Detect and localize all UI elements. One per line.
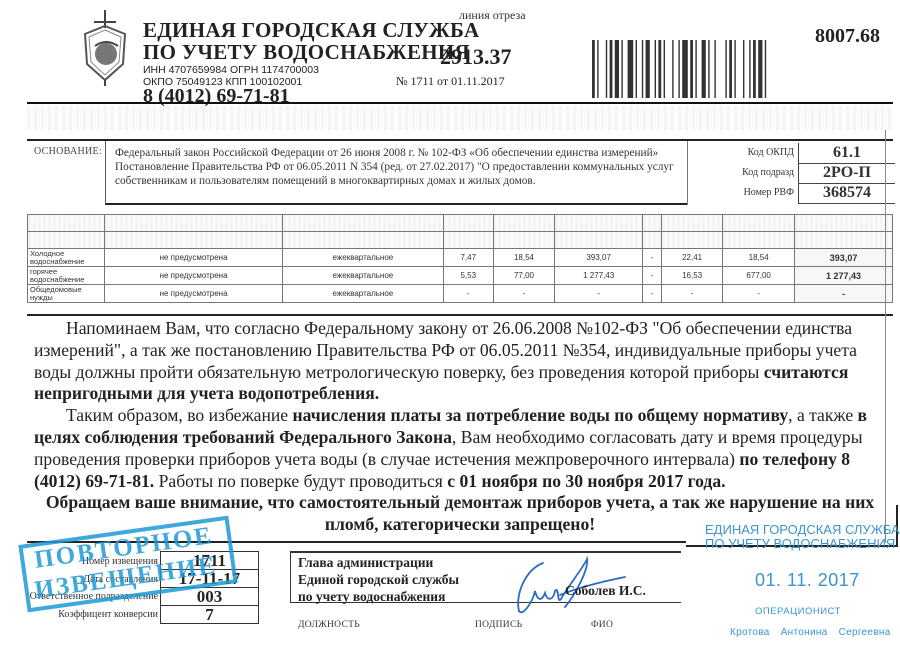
table-cell: 393,07 xyxy=(555,249,643,267)
table-cell: - xyxy=(443,285,493,303)
table-cell: ежеквартальное xyxy=(283,267,444,285)
table-cell: 7,47 xyxy=(443,249,493,267)
organization-phone: 8 (4012) 69-71-81 xyxy=(143,85,290,108)
inn-ogrn: ИНН 4707659984 ОГРН 1174700003 xyxy=(143,64,319,76)
operator-stamp-org-line2: ПО УЧЕТУ ВОДОСНАБЖЕНИЯ xyxy=(705,536,895,551)
reminder-message: Напоминаем Вам, что согласно Федеральном… xyxy=(34,318,886,536)
charges-table: Холодное водоснабжение не предусмотрена … xyxy=(27,214,893,303)
table-cell: 677,00 xyxy=(723,267,795,285)
table-cell: не предусмотрена xyxy=(105,267,283,285)
table-cell: - xyxy=(555,285,643,303)
table-cell: ежеквартальное xyxy=(283,249,444,267)
code-value: 61.1 xyxy=(798,143,895,164)
service-name: горячее водоснабжение xyxy=(28,267,105,285)
organization-name-line2: ПО УЧЕТУ ВОДОСНАБЖЕНИЯ xyxy=(143,41,470,63)
code-value: 2РО-П xyxy=(798,163,895,184)
table-cell: 5,53 xyxy=(443,267,493,285)
table-cell: не предусмотрена xyxy=(105,285,283,303)
table-cell: - xyxy=(643,285,662,303)
caption-name: ФИО xyxy=(591,620,613,630)
basis-label: ОСНОВАНИЕ: xyxy=(34,146,102,157)
code-value: 368574 xyxy=(798,183,895,204)
table-cell: 18,54 xyxy=(723,249,795,267)
code-label: Код ОКПД xyxy=(748,147,794,158)
row-total: 1 277,43 xyxy=(795,267,893,285)
code-row-okpd: Код ОКПД 61.1 xyxy=(688,143,894,163)
row-total: - xyxy=(795,285,893,303)
table-cell: - xyxy=(643,249,662,267)
table-cell: - xyxy=(493,285,554,303)
amount-due: 2913.37 xyxy=(440,44,512,70)
signer-name: Соболев И.С. xyxy=(565,583,646,599)
table-cell: ежеквартальное xyxy=(283,285,444,303)
notice-number: № 1711 от 01.11.2017 xyxy=(396,74,505,89)
table-row: горячее водоснабжение не предусмотрена е… xyxy=(28,267,893,285)
service-name: Холодное водоснабжение xyxy=(28,249,105,267)
barcode-icon xyxy=(590,40,890,98)
organization-name-line1: ЕДИНАЯ ГОРОДСКАЯ СЛУЖБА xyxy=(143,19,479,41)
message-paragraph-2: Таким образом, во избежание начисления п… xyxy=(34,405,886,492)
operator-stamp-person: Кротова Антонина Сергеевна xyxy=(730,627,891,638)
basis-text: Федеральный закон Российской Федерации о… xyxy=(115,147,675,188)
table-cell: 18,54 xyxy=(493,249,554,267)
message-paragraph-1: Напоминаем Вам, что согласно Федеральном… xyxy=(34,318,886,405)
service-name: Общедомовые нужды xyxy=(28,285,105,303)
table-row: Холодное водоснабжение не предусмотрена … xyxy=(28,249,893,267)
table-cell: 16,53 xyxy=(662,267,723,285)
code-row-rvf: Номер РВФ 368574 xyxy=(688,183,894,203)
operator-stamp-org-line1: ЕДИНАЯ ГОРОДСКАЯ СЛУЖБА xyxy=(705,522,900,537)
value-conversion-coefficient: 7 xyxy=(161,606,258,623)
operator-stamp-date: 01. 11. 2017 xyxy=(755,570,860,591)
row-total: 393,07 xyxy=(795,249,893,267)
code-label: Код подразд xyxy=(742,167,794,178)
table-cell: - xyxy=(723,285,795,303)
signer-position: Глава администрации Единой городской слу… xyxy=(298,554,459,605)
table-header-row xyxy=(28,232,893,249)
table-cell: не предусмотрена xyxy=(105,249,283,267)
table-row: Общедомовые нужды не предусмотрена ежекв… xyxy=(28,285,893,303)
table-cell: 22,41 xyxy=(662,249,723,267)
code-label: Номер РВФ xyxy=(744,187,794,198)
table-cell: - xyxy=(662,285,723,303)
shield-sword-emblem-icon xyxy=(80,8,130,88)
faded-strip xyxy=(27,106,893,130)
divider xyxy=(27,102,893,104)
caption-position: ДОЛЖНОСТЬ xyxy=(298,620,360,630)
codes-block: Код ОКПД 61.1 Код подразд 2РО-П Номер РВ… xyxy=(687,141,894,205)
table-cell: 77,00 xyxy=(493,267,554,285)
table-cell: - xyxy=(643,267,662,285)
divider xyxy=(27,314,893,316)
caption-signature: ПОДПИСЬ xyxy=(475,620,522,630)
code-row-subdivision: Код подразд 2РО-П xyxy=(688,163,894,183)
operator-stamp-role: ОПЕРАЦИОНИСТ xyxy=(755,606,841,617)
table-cell: 1 277,43 xyxy=(555,267,643,285)
table-header-row xyxy=(28,215,893,232)
cut-line-label: линия отреза xyxy=(459,8,526,23)
